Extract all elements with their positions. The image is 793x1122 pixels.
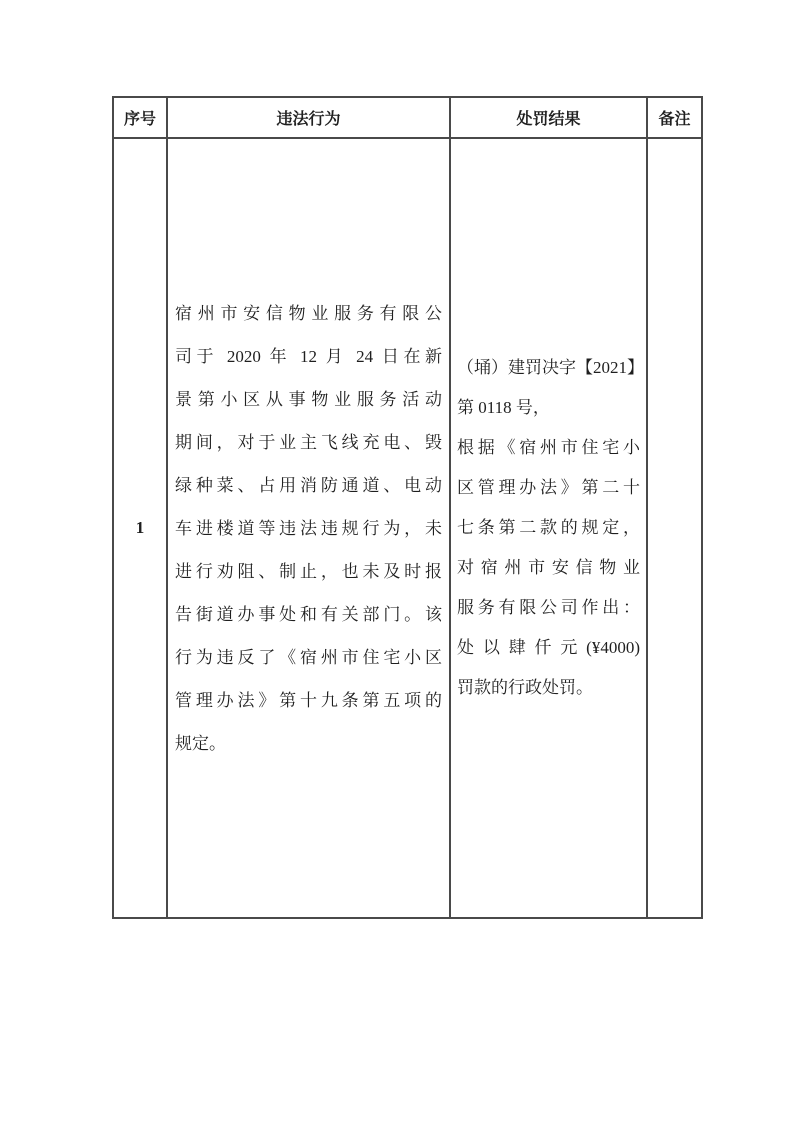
behavior-line: 宿州市安信物业服务有限公 <box>175 292 442 335</box>
document-page: 序号 违法行为 处罚结果 备注 1 宿州市安信物业服务有限公 司于 2020 年… <box>0 0 793 1122</box>
penalty-line: 处以肆仟元(¥4000) <box>457 628 640 668</box>
penalty-line: 区管理办法》第二十 <box>457 468 640 508</box>
behavior-line: 规定。 <box>175 722 442 765</box>
header-row: 序号 违法行为 处罚结果 备注 <box>113 97 702 138</box>
behavior-line: 进行劝阻、制止，也未及时报 <box>175 550 442 593</box>
penalty-line: 罚款的行政处罚。 <box>457 668 640 708</box>
behavior-line: 告街道办事处和有关部门。该 <box>175 593 442 636</box>
table-row: 1 宿州市安信物业服务有限公 司于 2020 年 12 月 24 日在新 景第小… <box>113 138 702 918</box>
penalty-line: 对宿州市安信物业 <box>457 548 640 588</box>
behavior-line: 司于 2020 年 12 月 24 日在新 <box>175 335 442 378</box>
penalty-line: 七条第二款的规定， <box>457 508 640 548</box>
behavior-line: 管理办法》第十九条第五项的 <box>175 679 442 722</box>
penalty-table: 序号 违法行为 处罚结果 备注 1 宿州市安信物业服务有限公 司于 2020 年… <box>112 96 703 919</box>
penalty-line: （埇）建罚决字【2021】 <box>457 348 640 388</box>
remark-cell <box>647 138 702 918</box>
header-cell-remark: 备注 <box>647 97 702 138</box>
behavior-line: 绿种菜、占用消防通道、电动 <box>175 464 442 507</box>
behavior-line: 景第小区从事物业服务活动 <box>175 378 442 421</box>
header-cell-penalty: 处罚结果 <box>450 97 647 138</box>
penalty-cell: （埇）建罚决字【2021】 第 0118 号， 根据《宿州市住宅小 区管理办法》… <box>450 138 647 918</box>
behavior-cell: 宿州市安信物业服务有限公 司于 2020 年 12 月 24 日在新 景第小区从… <box>167 138 450 918</box>
penalty-line: 根据《宿州市住宅小 <box>457 428 640 468</box>
header-cell-index: 序号 <box>113 97 167 138</box>
header-cell-behavior: 违法行为 <box>167 97 450 138</box>
behavior-line: 行为违反了《宿州市住宅小区 <box>175 636 442 679</box>
penalty-line: 第 0118 号， <box>457 388 640 428</box>
behavior-line: 车进楼道等违法违规行为，未 <box>175 507 442 550</box>
behavior-line: 期间，对于业主飞线充电、毁 <box>175 421 442 464</box>
penalty-line: 服务有限公司作出： <box>457 588 640 628</box>
row-index-cell: 1 <box>113 138 167 918</box>
